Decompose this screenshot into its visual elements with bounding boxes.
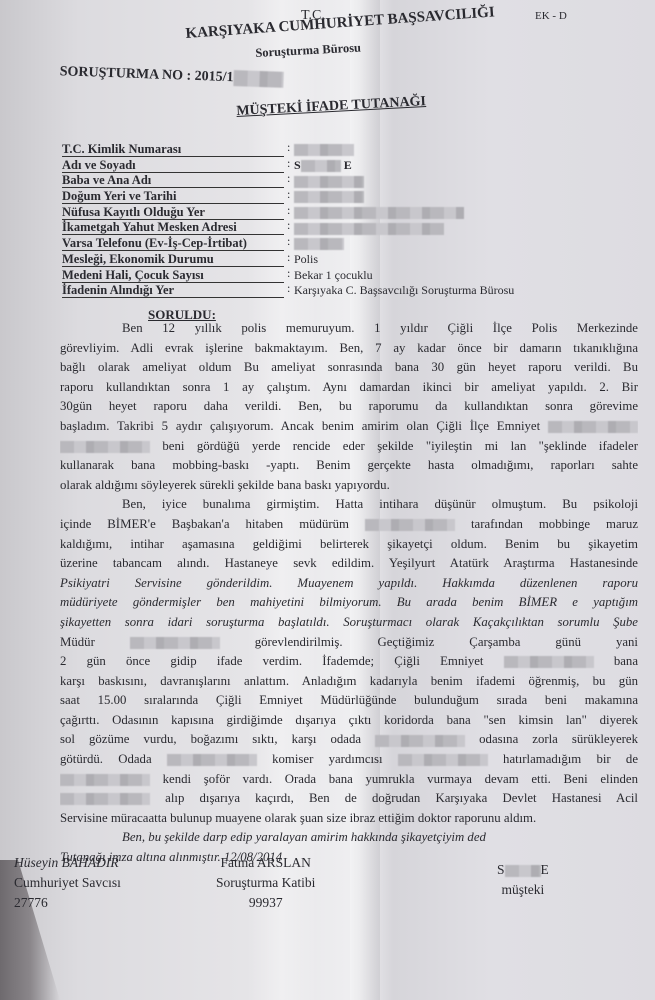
field-label: İfadenin Alındığı Yer [62,283,284,298]
signature-complainant: SE müşteki [497,860,549,900]
statement-line: Tutanağı imza altına alınmıştır. 12/08/2… [60,848,638,868]
statement-line: müdüriyete göndermişler ben mahiyetini b… [60,593,638,613]
signature-role: müşteki [497,880,549,900]
field-label: Mesleği, Ekonomik Durumu [62,252,284,267]
field-colon: : [287,203,290,218]
statement-line: 2 gün önce gidip ifade verdim. İfademde;… [60,652,638,672]
identity-fields: T.C. Kimlik Numarası:Adı ve Soyadı:S EBa… [62,142,622,299]
field-row: Medeni Hali, Çocuk Sayısı:Bekar 1 çocukl… [62,268,622,284]
field-label: Nüfusa Kayıtlı Olduğu Yer [62,205,284,220]
field-row: T.C. Kimlik Numarası: [62,142,622,158]
statement-body: Ben 12 yıllık polis memuruyum. 1 yıldır … [60,319,638,868]
redaction-block [294,191,364,203]
statement-line: Servisine müracaatta bulunup muayene ola… [60,809,638,829]
redaction-block [233,70,284,88]
statement-line: içinde BİMER'e Başbakan'a hitaben müdürü… [60,515,638,535]
investigation-number: SORUŞTURMA NO : 2015/1 [59,64,283,88]
bureau-name: Soruşturma Bürosu [255,40,361,61]
signature-prosecutor: Hüseyin BAHADIR Cumhuriyet Savcısı 27776 [14,853,121,913]
field-value [294,189,364,204]
field-value [294,220,444,235]
statement-line: Müdür görevlendirilmiş. Geçtiğimiz Çarşa… [60,633,638,653]
field-value [294,173,364,188]
field-label: İkametgah Yahut Mesken Adresi [62,220,284,235]
statement-line: beni gördüğü yerde rencide eder şekilde … [60,437,638,457]
statement-line: 30gün heyet raporu daha verildi. Ben, bu… [60,397,638,417]
redaction-block [294,238,344,250]
statement-line: kendi şoför vardı. Orada bana yumrukla v… [60,770,638,790]
annex-label: EK - D [535,10,567,22]
redaction-block [60,793,150,805]
field-label: Medeni Hali, Çocuk Sayısı [62,268,284,283]
statement-line: kullanarak bana mobbing-baskı -yaptı. Be… [60,456,638,476]
statement-line: üzerine tabancam alındı. Hastaneye sevk … [60,554,638,574]
field-label: Adı ve Soyadı [62,158,284,173]
statement-line: raporu kullandıktan sonra 1 ay çalıştım.… [60,378,638,398]
field-row: İfadenin Alındığı Yer:Karşıyaka C. Başsa… [62,283,622,299]
statement-line: Psikiyatri Servisine gönderildim. Muayen… [60,574,638,594]
field-value [294,236,344,251]
field-row: Doğum Yeri ve Tarihi: [62,189,622,205]
field-value [294,205,464,220]
field-colon: : [287,218,290,233]
office-name: KARŞIYAKA CUMHURİYET BAŞSAVCILIĞI [185,4,495,43]
signature-clerk: Fatma ARSLAN Soruşturma Katibi 99937 [216,853,315,913]
field-label: Doğum Yeri ve Tarihi [62,189,284,204]
statement-line: şikayetten sonra idari soruşturma başlat… [60,613,638,633]
redaction-block [294,176,364,188]
signature-name: Fatma ARSLAN [216,853,315,873]
field-label: Baba ve Ana Adı [62,173,284,188]
field-value: Bekar 1 çocuklu [294,268,373,283]
field-value: Karşıyaka C. Başsavcılığı Soruşturma Bür… [294,283,514,298]
field-colon: : [287,250,290,265]
field-label: Varsa Telefonu (Ev-İş-Cep-İrtibat) [62,236,284,251]
signature-role: Soruşturma Katibi [216,873,315,893]
signature-name: SE [497,860,549,880]
redaction-block [167,754,257,766]
redaction-block [60,774,150,786]
field-colon: : [287,156,290,171]
field-value [294,142,354,157]
redaction-block [60,441,150,453]
investigation-number-label: SORUŞTURMA NO : 2015/1 [59,64,233,85]
document-title: MÜŞTEKİ İFADE TUTANAĞI [236,94,426,120]
statement-line: saat 15.00 sıralarında Çiğli Emniyet Müd… [60,691,638,711]
field-colon: : [287,140,290,155]
redaction-block [365,519,455,531]
field-row: İkametgah Yahut Mesken Adresi: [62,220,622,236]
statement-line: olarak aldığımı söyleyerek sürekli şekil… [60,476,638,496]
statement-line: alıp dışarıya kaçırdı, Ben de doğrudan K… [60,789,638,809]
field-value: Polis [294,252,318,267]
field-colon: : [287,281,290,296]
signature-number: 27776 [14,893,121,913]
redaction-block [375,735,465,747]
redaction-block [294,223,444,235]
statement-line: götürdü. Odada komiser yardımcısı hatırl… [60,750,638,770]
field-colon: : [287,171,290,186]
redaction-block [504,656,594,668]
field-row: Nüfusa Kayıtlı Olduğu Yer: [62,205,622,221]
statement-line: Ben, bu şekilde darp edip yaralayan amir… [60,828,638,848]
signature-role: Cumhuriyet Savcısı [14,873,121,893]
statement-line: Ben 12 yıllık polis memuruyum. 1 yıldır … [60,319,638,339]
statement-line: görevliyim. Adli evrak işlerine bakmakta… [60,339,638,359]
redaction-block [548,421,638,433]
field-colon: : [287,187,290,202]
field-row: Varsa Telefonu (Ev-İş-Cep-İrtibat): [62,236,622,252]
field-colon: : [287,266,290,281]
redaction-block [294,207,464,219]
redaction-block [301,160,341,172]
statement-line: çağırttı. Odasının kapısına girdiğimde d… [60,711,638,731]
statement-line: bağlı olarak ameliyat oldum Bu ameliyat … [60,358,638,378]
statement-line: sol gözüme vurdu, boğazımı sıktı, karşı … [60,730,638,750]
statement-line: kaldığımı, intihar aşamasına geldiğimi b… [60,535,638,555]
redaction-block [398,754,488,766]
field-row: Baba ve Ana Adı: [62,173,622,189]
field-colon: : [287,234,290,249]
statement-line: başladım. Takribi 5 aydır çalışıyorum. A… [60,417,638,437]
field-value: S E [294,158,352,173]
signature-name: Hüseyin BAHADIR [14,853,121,873]
statement-line: karşı baskısını, davranışlarını anlattım… [60,672,638,692]
redaction-block [130,637,220,649]
redaction-block [505,865,541,877]
signature-number: 99937 [216,893,315,913]
field-row: Adı ve Soyadı:S E [62,158,622,174]
redaction-block [294,144,354,156]
statement-line: Ben, iyice bunalıma girmiştim. Hatta int… [60,495,638,515]
field-row: Mesleği, Ekonomik Durumu:Polis [62,252,622,268]
field-label: T.C. Kimlik Numarası [62,142,284,157]
